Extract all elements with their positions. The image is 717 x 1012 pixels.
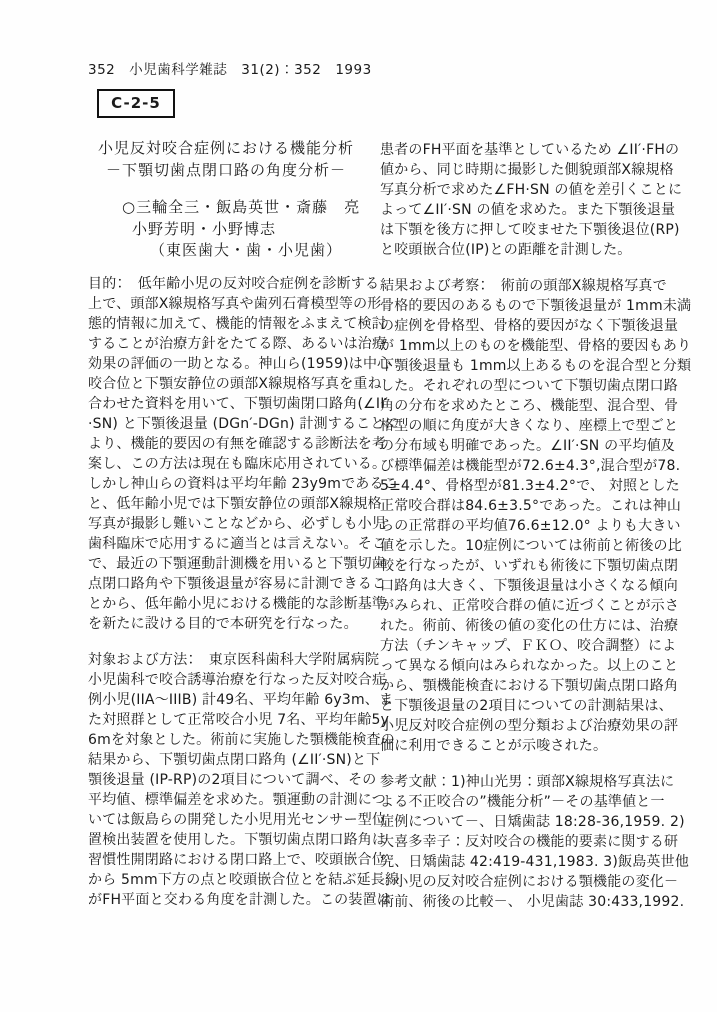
text-line: 習慣性開閉路における閉口路上で、咬頭嵌合位: [88, 850, 372, 870]
text-line: よる不正咬合の”機能分析”－その基準値と一: [380, 792, 664, 812]
text-line: 5±4.4°、骨格型が81.3±4.2°で、 対照とした: [380, 476, 664, 496]
text-line: 置検出装置を使用した。下顎切歯点閉口路角は: [88, 830, 372, 850]
text-line: らの正常群の平均値76.6±12.0° よりも大きい: [380, 516, 664, 536]
text-line: って異なる傾向はみられなかった。以上のこと: [380, 656, 664, 676]
journal-abstract-page: 352 小児歯科学雑誌 31(2)：352 1993 C-2-5 小児反対咬合症…: [0, 0, 717, 1012]
session-code-box: C-2-5: [97, 89, 175, 118]
text-line: 小野芳明・小野博志: [122, 219, 372, 241]
text-line: 点閉口路角や下顎後退量が容易に計測できるこ: [88, 574, 372, 594]
text-line: を新たに設ける目的で本研究を行なった。: [88, 614, 372, 634]
text-line: から、顎機能検査における下顎切歯点閉口路角: [380, 676, 664, 696]
text-line: 歯科臨床で応用するに適当とは言えない。そこ: [88, 534, 372, 554]
text-line: 値から、同じ時期に撮影した側貌頭部X線規格: [380, 160, 664, 180]
text-line: 目的： 低年齢小児の反対咬合症例を診断する: [88, 274, 372, 294]
text-line: 効果の評価の一助となる。神山ら(1959)は中心: [88, 354, 372, 374]
text-line: 値を示した。10症例については術前と術後の比: [380, 536, 664, 556]
text-line: で、最近の下顎運動計測機を用いると下顎切歯: [88, 554, 372, 574]
text-line: 症例について－、日矯歯誌 18:28-36,1959. 2): [380, 812, 664, 832]
text-line: 正常咬合群は84.6±3.5°であった。これは神山: [380, 496, 664, 516]
text-line: 方法（チンキャップ、ＦＫＯ、咬合調整）によ: [380, 636, 664, 656]
text-line: 顎後退量 (IP-RP)の2項目について調べ、その: [88, 770, 372, 790]
text-line: しかし神山らの資料は平均年齢 23y9mであるこ: [88, 474, 372, 494]
text-line: がみられ、正常咬合群の値に近づくことが示さ: [380, 596, 664, 616]
text-line: 患者のFH平面を基準としているため ∠II′·FHの: [380, 140, 664, 160]
text-line: 写真分析で求めた∠FH·SN の値を差引くことに: [380, 180, 664, 200]
text-line: 参考文献：1)神山光男：頭部X線規格写真法に: [380, 772, 664, 792]
text-line: 口路角は大きく、下顎後退量は小さくなる傾向: [380, 576, 664, 596]
text-line: の分布域も明確であった。∠II′·SN の平均値及: [380, 436, 664, 456]
text-line: ·SN) と下顎後退量 (DGn′-DGn) 計測することに: [88, 414, 372, 434]
text-line: 上で、頭部X線規格写真や歯列石膏模型等の形: [88, 294, 372, 314]
blank-line: [380, 260, 664, 276]
text-line: 6mを対象とした。術前に実施した顎機能検査の: [88, 730, 372, 750]
text-line: 合わせた資料を用いて、下顎切歯閉口路角(∠II′: [88, 394, 372, 414]
text-line: した。それぞれの型について下顎切歯点閉口路: [380, 376, 664, 396]
text-line: よって∠II′·SN の値を求めた。また下顎後退量: [380, 200, 664, 220]
text-line: 写真が撮影し難いことなどから、必ずしも小児: [88, 514, 372, 534]
text-line: は下顎を後方に押して咬ませた下顎後退位(RP): [380, 220, 664, 240]
text-line: の症例を骨格型、骨格的要因がなく下顎後退量: [380, 316, 664, 336]
text-line: 較を行なったが、いずれも術後に下顎切歯点閉: [380, 556, 664, 576]
text-line: －下顎切歯点閉口路の角度分析－: [80, 160, 372, 182]
blank-line: [88, 634, 372, 650]
text-line: た対照群として正常咬合小児 7名、平均年齢5y: [88, 710, 372, 730]
authors-affiliation: ○三輪全三・飯島英世・斎藤 亮小野芳明・小野博志（東医歯大・歯・小児歯）: [122, 197, 372, 262]
text-line: 対象および方法： 東京医科歯科大学附属病院: [88, 650, 372, 670]
text-line: がFH平面と交わる角度を計測した。この装置は: [88, 890, 372, 910]
body-left-column: 目的： 低年齢小児の反対咬合症例を診断する上で、頭部X線規格写真や歯列石膏模型等…: [88, 274, 372, 910]
text-line: 咬合位と下顎安静位の頭部X線規格写真を重ね: [88, 374, 372, 394]
text-line: 小児反対咬合症例の型分類および治療効果の評: [380, 716, 664, 736]
text-line: 態的情報に加えて、機能的情報をふまえて検討: [88, 314, 372, 334]
body-right-column: 患者のFH平面を基準としているため ∠II′·FHの値から、同じ時期に撮影した側…: [380, 140, 664, 912]
text-line: と咬頭嵌合位(IP)との距離を計測した。: [380, 240, 664, 260]
blank-line: [380, 756, 664, 772]
text-line: することが治療方針をたてる際、あるいは治療: [88, 334, 372, 354]
text-line: 結果および考察： 術前の頭部X線規格写真で: [380, 276, 664, 296]
text-line: 究、日矯歯誌 42:419-431,1983. 3)飯島英世他: [380, 852, 664, 872]
text-line: より、機能的要因の有無を確認する診断法を考: [88, 434, 372, 454]
text-line: 案し、この方法は現在も臨床応用されている。: [88, 454, 372, 474]
text-line: と下顎後退量の2項目についての計測結果は、: [380, 696, 664, 716]
journal-header: 352 小児歯科学雑誌 31(2)：352 1993: [88, 58, 372, 78]
text-line: 価に利用できることが示唆された。: [380, 736, 664, 756]
text-line: 大喜多幸子：反対咬合の機能的要素に関する研: [380, 832, 664, 852]
text-line: と、低年齢小児では下顎安静位の頭部X線規格: [88, 494, 372, 514]
text-line: とから、低年齢小児における機能的な診断基準: [88, 594, 372, 614]
text-line: 角の分布を求めたところ、機能型、混合型、骨: [380, 396, 664, 416]
text-line: 術前、術後の比較－、 小児歯誌 30:433,1992.: [380, 892, 664, 912]
text-line: 例小児(IIA〜IIIB) 計49名、平均年齢 6y3m、ま: [88, 690, 372, 710]
text-line: 小児反対咬合症例における機能分析: [80, 138, 372, 160]
text-line: 結果から、下顎切歯点閉口路角 (∠II′·SN)と下: [88, 750, 372, 770]
text-line: 格型の順に角度が大きくなり、座標上で型ごと: [380, 416, 664, 436]
text-line: いては飯島らの開発した小児用光センサー型位: [88, 810, 372, 830]
text-line: 小児歯科で咬合誘導治療を行なった反対咬合症: [88, 670, 372, 690]
text-line: れた。術前、術後の値の変化の仕方には、治療: [380, 616, 664, 636]
text-line: ○三輪全三・飯島英世・斎藤 亮: [122, 197, 372, 219]
text-line: が 1mm以上のものを機能型、骨格的要因もあり: [380, 336, 664, 356]
text-line: （東医歯大・歯・小児歯）: [122, 240, 372, 262]
text-line: 平均値、標準偏差を求めた。顎運動の計測につ: [88, 790, 372, 810]
text-line: ：小児の反対咬合症例における顎機能の変化－: [380, 872, 664, 892]
paper-title: 小児反対咬合症例における機能分析－下顎切歯点閉口路の角度分析－: [80, 138, 372, 181]
text-line: 下顎後退量も 1mm以上あるものを混合型と分類: [380, 356, 664, 376]
text-line: から 5mm下方の点と咬頭嵌合位とを結ぶ延長線: [88, 870, 372, 890]
text-line: び標準偏差は機能型が72.6±4.3°,混合型が78.: [380, 456, 664, 476]
text-line: 骨格的要因のあるもので下顎後退量が 1mm未満: [380, 296, 664, 316]
